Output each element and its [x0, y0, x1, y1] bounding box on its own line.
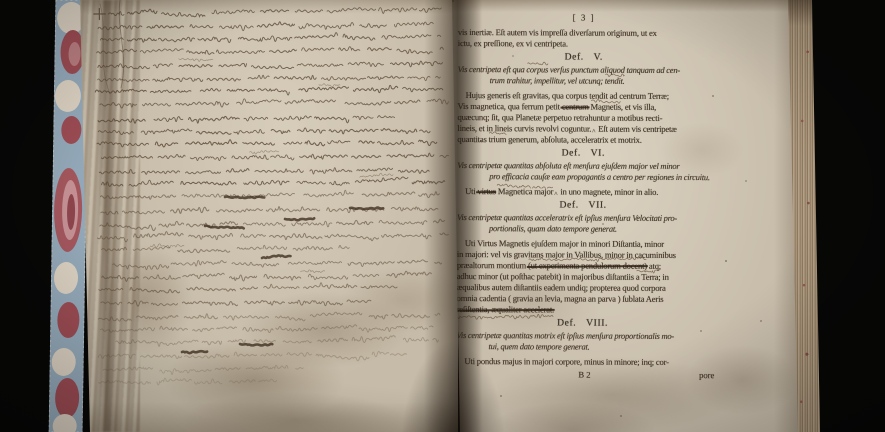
struck-text: (ut experimenta pendulorum docent)	[528, 260, 647, 271]
printed-line: tui, quem dato tempore generat.	[488, 341, 708, 353]
text-segment: Eſt autem vis centripetæ	[596, 124, 676, 134]
page-number: [ 3 ]	[458, 12, 710, 24]
struck-text: centrum	[562, 101, 589, 111]
text-segment: tendit.	[605, 76, 625, 86]
struck-text: reſiſtentia, æqualiter accelerat.	[457, 304, 554, 314]
signature-mark: B 2	[578, 370, 590, 381]
right-printed-page: [ 3 ] vis inertiæ. Eſt autem vis impreſſ…	[452, 0, 798, 432]
text-segment: Uti Virtus Magnetis ejuſdem major in min…	[465, 238, 664, 249]
text-segment: tui, quem dato tempore generat.	[488, 341, 589, 351]
text-segment: atq;	[647, 261, 661, 271]
text-segment: Vis centripetæ quantitas motrix eſt ipſi…	[457, 330, 674, 341]
text-segment: omnia cadentia ( gravia an levia, magna …	[457, 293, 664, 304]
left-page-stains	[74, 0, 458, 432]
roman-paragraph: Uti pondus majus in majori corpore, minu…	[456, 356, 708, 368]
text-segment: ictu, ex preſſione, ex vi centripeta.	[458, 38, 568, 48]
text-segment: , et vis illa,	[621, 102, 656, 112]
catchword: pore	[699, 370, 714, 381]
printed-line: Uti pondus majus in majori corpore, minu…	[456, 356, 708, 368]
printed-line: quantitas trium generum, abſoluta, accel…	[457, 134, 709, 146]
text-segment: generum, abſoluta, acceleratrix et motri…	[506, 134, 642, 145]
struck-text: virtus	[477, 186, 495, 196]
text-segment: Vis centripeta eſt qua	[458, 64, 527, 74]
text-segment: præaltorum montium	[457, 260, 528, 270]
text-segment: a Terra	[636, 272, 658, 282]
printed-line: ictu, ex preſſione, ex vi centripeta.	[458, 38, 710, 50]
text-segment: ; in	[658, 272, 668, 282]
text-segment: Vis centripetæ quantitas acceleratrix eſ…	[457, 212, 677, 223]
italic-paragraph: Vis centripetæ quantitas acceleratrix eſ…	[457, 212, 709, 235]
printed-line: reſiſtentia, æqualiter accelerat.	[457, 304, 709, 316]
text-segment: quæcunq; ſit, qua Planetæ perpetuo retra…	[457, 112, 662, 123]
text-segment: vis inertiæ. Eſt autem vis impreſſa dive…	[458, 27, 657, 38]
signature-line: B 2 pore	[456, 369, 708, 381]
text-segment: lineis, et in lineis curvis revolvi cogu…	[457, 123, 591, 134]
book-photo: [ 3 ] vis inertiæ. Eſt autem vis impreſſ…	[0, 0, 885, 432]
definition-heading: Def. V.	[458, 51, 710, 63]
printed-line: trum trahitur, impellitur, vel utcunq; t…	[490, 75, 710, 87]
definition-heading: Def. VIII.	[457, 317, 709, 329]
printed-line: portionalis, quam dato tempore generat.	[489, 223, 709, 235]
roman-paragraph: Uti Virtus Magnetis ejuſdem major in min…	[457, 238, 709, 316]
roman-paragraph: vis inertiæ. Eſt autem vis impreſſa dive…	[458, 27, 710, 50]
text-segment: trium	[489, 134, 507, 144]
text-segment: Hujus generis eſt gravitas, qua corpus t…	[466, 90, 669, 101]
printed-text-block: [ 3 ] vis inertiæ. Eſt autem vis impreſſ…	[456, 0, 710, 381]
text-segment: quantitas	[457, 134, 488, 144]
italic-paragraph: Vis centripetæ quantitas abſoluta eſt me…	[457, 160, 709, 183]
text-segment: trum trahitur, impellitur, vel utcunq;	[490, 75, 605, 86]
ink-specks	[452, 0, 454, 2]
printed-line: Uti virtus Magnetica major^ in uno magne…	[457, 186, 709, 198]
definition-heading: Def. VII.	[457, 199, 709, 211]
roman-paragraph: Uti virtus Magnetica major^ in uno magne…	[457, 186, 709, 198]
caret-mark: ^	[554, 190, 557, 198]
left-manuscript-page	[74, 0, 458, 432]
text-segment: verſus punctum aliquod tanquam ad cen-	[548, 64, 680, 75]
definitions-text: vis inertiæ. Eſt autem vis impreſſa dive…	[456, 27, 709, 368]
italic-paragraph: Vis centripetæ quantitas motrix eſt ipſi…	[456, 330, 708, 353]
text-segment: Magnetica major	[496, 186, 553, 196]
definition-heading: Def. VI.	[457, 147, 709, 159]
text-segment: Magnetis	[591, 102, 621, 112]
text-segment: corpus	[526, 64, 548, 74]
italic-paragraph: Vis centripeta eſt qua corpus verſus pun…	[458, 64, 710, 87]
text-segment: pro efficacia cauſæ eam propagantis a ce…	[489, 171, 710, 182]
text-segment: in majori: vel vis gravitans major in Va…	[457, 249, 676, 260]
printed-line: pro efficacia cauſæ eam propagantis a ce…	[489, 171, 709, 183]
text-segment: in uno magnete, minor in alio.	[558, 186, 658, 196]
text-segment: Vis magnetica, qua ferrum petit	[458, 101, 562, 111]
text-segment: adhuc minor (ut poſthac patebit) in majo…	[457, 271, 636, 282]
roman-paragraph: Hujus generis eſt gravitas, qua corpus t…	[457, 90, 709, 146]
text-segment: portionalis, quam dato tempore generat.	[489, 223, 617, 234]
text-segment: Uti pondus majus in majori corpore, minu…	[464, 356, 668, 367]
text-segment: æqualibus autem diſtantiis eadem undiq; …	[457, 282, 666, 293]
text-segment: Vis centripetæ quantitas abſoluta eſt me…	[457, 160, 679, 171]
